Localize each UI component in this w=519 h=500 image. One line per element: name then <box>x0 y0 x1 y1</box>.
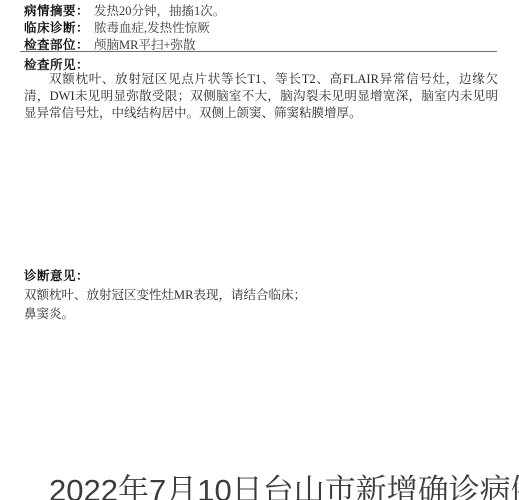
clinical-diagnosis-label: 临床诊断： <box>24 18 89 36</box>
summary-value: 发热20分钟，抽搐1次。 <box>94 1 225 19</box>
medical-report-header: 病情摘要： 发热20分钟，抽搐1次。 临床诊断： 脓毒血症,发热性惊厥 检查部位… <box>24 1 505 53</box>
article-title: 2022年7月10日台山市新增确诊病例情况 <box>49 475 519 500</box>
field-row-clinical-diagnosis: 临床诊断： 脓毒血症,发热性惊厥 <box>24 18 505 35</box>
diagnosis-line: 双额枕叶、放射冠区变性灶MR表现，请结合临床； <box>24 286 499 305</box>
diagnosis-section: 诊断意见： 双额枕叶、放射冠区变性灶MR表现，请结合临床； 鼻窦炎。 <box>24 267 499 324</box>
field-row-summary: 病情摘要： 发热20分钟，抽搐1次。 <box>24 1 505 18</box>
diagnosis-heading: 诊断意见： <box>24 267 499 286</box>
clinical-diagnosis-value: 脓毒血症,发热性惊厥 <box>94 18 210 36</box>
section-divider <box>20 51 497 52</box>
summary-label: 病情摘要： <box>24 1 89 19</box>
diagnosis-line: 鼻窦炎。 <box>24 305 499 324</box>
findings-paragraph: 双额枕叶、放射冠区见点片状等长T1、等长T2、高FLAIR异常信号灶，边缘欠清，… <box>24 71 498 123</box>
page: 病情摘要： 发热20分钟，抽搐1次。 临床诊断： 脓毒血症,发热性惊厥 检查部位… <box>0 0 519 500</box>
